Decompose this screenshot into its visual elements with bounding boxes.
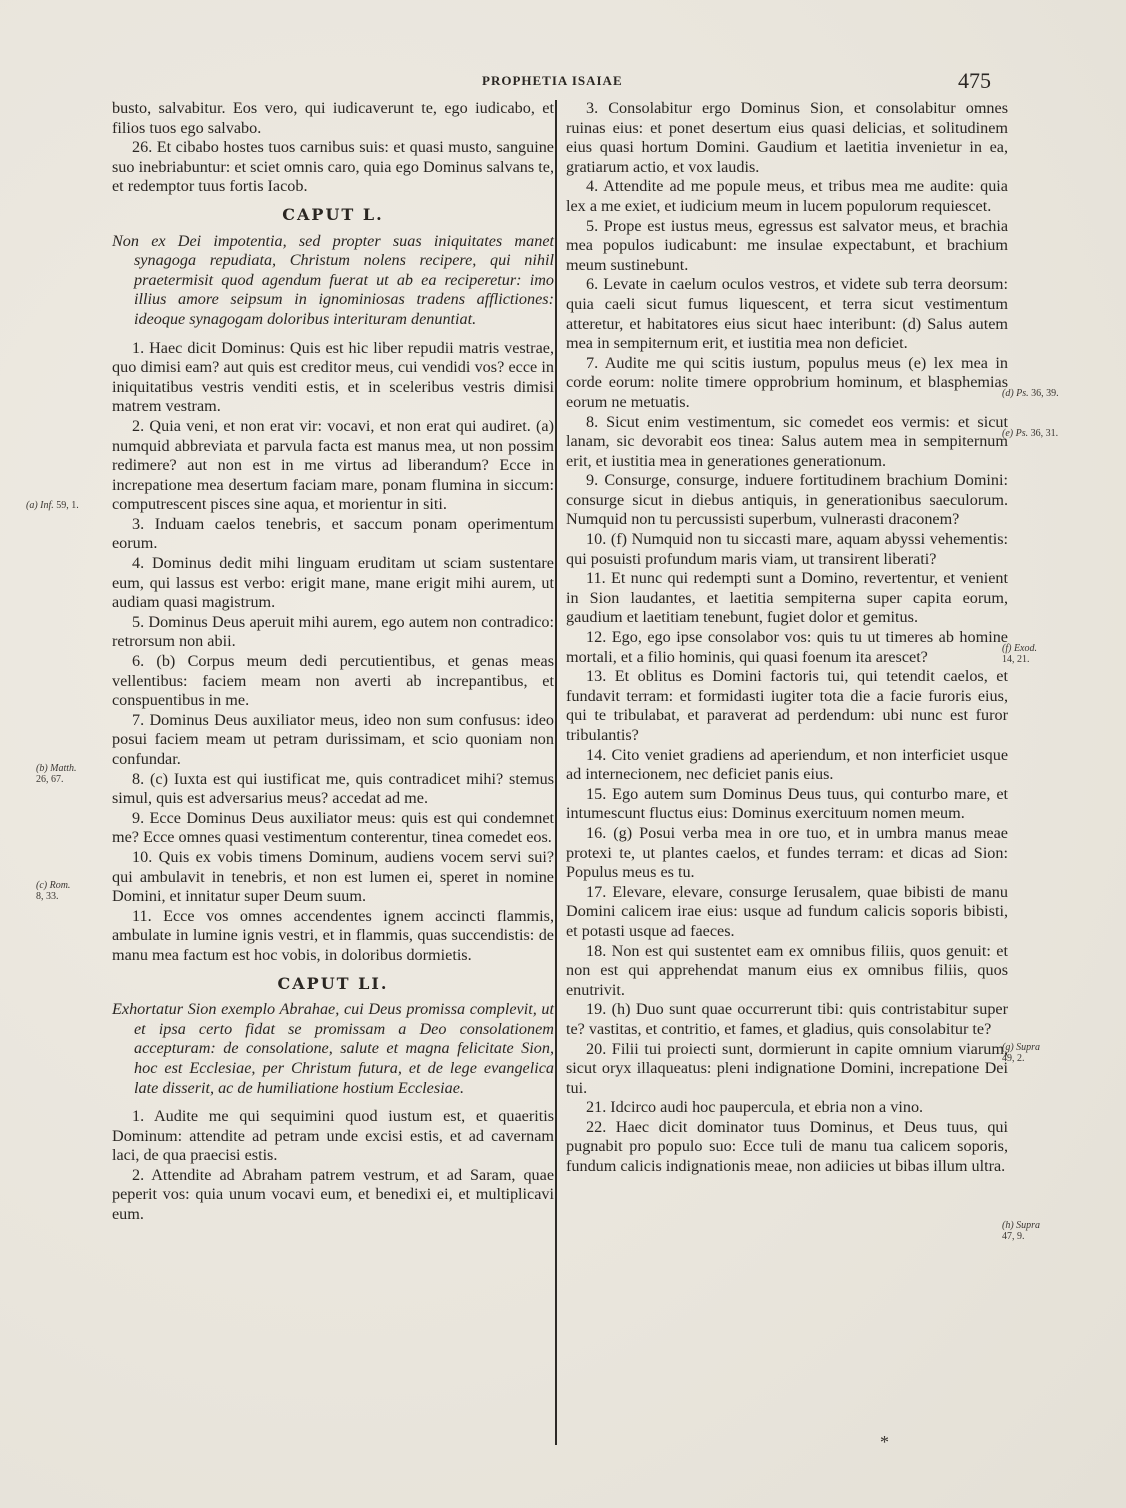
verse: 3. Induam caelos tenebris, et saccum pon…: [112, 515, 554, 554]
margin-note-ref: 36, 39.: [1031, 388, 1059, 399]
margin-note-label: (f) Exod.: [1002, 643, 1037, 654]
column-divider: [555, 100, 557, 1445]
verse: 10. (f) Numquid non tu siccasti mare, aq…: [566, 530, 1008, 569]
margin-note-ref: 8, 33.: [36, 891, 70, 902]
margin-note-d: (d) Ps. 36, 39.: [1002, 388, 1059, 399]
verse: 9. Ecce Dominus Deus auxiliator meus: qu…: [112, 809, 554, 848]
verse: 1. Haec dicit Dominus: Quis est hic libe…: [112, 339, 554, 417]
margin-note-label: (g) Supra: [1002, 1042, 1040, 1053]
verse: 6. Levate in caelum oculos vestros, et v…: [566, 275, 1008, 353]
verse: 8. (c) Iuxta est qui iustificat me, quis…: [112, 770, 554, 809]
running-title: PROPHETIA ISAIAE: [482, 73, 623, 89]
book-page: PROPHETIA ISAIAE 475 busto, salvabitur. …: [0, 0, 1126, 1508]
chapter-summary: Exhortatur Sion exemplo Abrahae, cui Deu…: [112, 1000, 554, 1098]
verse: 21. Idcirco audi hoc paupercula, et ebri…: [566, 1098, 1008, 1118]
continuation-paragraph: busto, salvabitur. Eos vero, qui iudicav…: [112, 99, 554, 138]
verse: 11. Ecce vos omnes accendentes ignem acc…: [112, 907, 554, 966]
margin-note-label: (c) Rom.: [36, 880, 70, 891]
verse: 3. Consolabitur ergo Dominus Sion, et co…: [566, 99, 1008, 177]
verse: 9. Consurge, consurge, induere fortitudi…: [566, 471, 1008, 530]
right-column: 3. Consolabitur ergo Dominus Sion, et co…: [566, 99, 1008, 1177]
verse: 4. Dominus dedit mihi linguam eruditam u…: [112, 554, 554, 613]
verse: 15. Ego autem sum Dominus Deus tuus, qui…: [566, 785, 1008, 824]
margin-note-c: (c) Rom. 8, 33.: [36, 880, 70, 902]
verse: 1. Audite me qui sequimini quod iustum e…: [112, 1107, 554, 1166]
verse: 20. Filii tui proiecti sunt, dormierunt …: [566, 1040, 1008, 1099]
margin-note-a: (a) Inf. 59, 1.: [26, 500, 79, 511]
verse: 11. Et nunc qui redempti sunt a Domino, …: [566, 569, 1008, 628]
verse: 26. Et cibabo hostes tuos carnibus suis:…: [112, 138, 554, 197]
chapter-summary: Non ex Dei impotentia, sed propter suas …: [112, 232, 554, 330]
margin-note-label: (a) Inf.: [26, 500, 54, 511]
verse: 10. Quis ex vobis timens Dominum, audien…: [112, 848, 554, 907]
verse: 14. Cito veniet gradiens ad aperiendum, …: [566, 746, 1008, 785]
chapter-heading: CAPUT L.: [112, 205, 554, 225]
margin-note-ref: 36, 31.: [1031, 428, 1059, 439]
verse: 17. Elevare, elevare, consurge Ierusalem…: [566, 883, 1008, 942]
margin-note-ref: 49, 2.: [1002, 1053, 1040, 1064]
verse: 22. Haec dicit dominator tuus Dominus, e…: [566, 1118, 1008, 1177]
margin-note-e: (e) Ps. 36, 31.: [1002, 428, 1058, 439]
margin-note-label: (b) Matth.: [36, 763, 77, 774]
page-number: 475: [958, 68, 991, 94]
chapter-heading: CAPUT LI.: [112, 974, 554, 994]
verse: 7. Audite me qui scitis iustum, populus …: [566, 354, 1008, 413]
verse: 6. (b) Corpus meum dedi percutientibus, …: [112, 652, 554, 711]
margin-note-h: (h) Supra 47, 9.: [1002, 1220, 1040, 1242]
verse: 12. Ego, ego ipse consolabor vos: quis t…: [566, 628, 1008, 667]
verse: 8. Sicut enim vestimentum, sic comedet e…: [566, 413, 1008, 472]
end-asterisk: *: [880, 1432, 889, 1453]
margin-note-label: (h) Supra: [1002, 1220, 1040, 1231]
margin-note-f: (f) Exod. 14, 21.: [1002, 643, 1037, 665]
verse: 5. Dominus Deus aperuit mihi aurem, ego …: [112, 613, 554, 652]
verse: 16. (g) Posui verba mea in ore tuo, et i…: [566, 824, 1008, 883]
verse: 2. Quia veni, et non erat vir: vocavi, e…: [112, 417, 554, 515]
margin-note-label: (e) Ps.: [1002, 428, 1028, 439]
margin-note-g: (g) Supra 49, 2.: [1002, 1042, 1040, 1064]
verse: 7. Dominus Deus auxiliator meus, ideo no…: [112, 711, 554, 770]
verse: 5. Prope est iustus meus, egressus est s…: [566, 217, 1008, 276]
margin-note-ref: 26, 67.: [36, 774, 77, 785]
verse: 19. (h) Duo sunt quae occurrerunt tibi: …: [566, 1000, 1008, 1039]
margin-note-ref: 47, 9.: [1002, 1231, 1040, 1242]
margin-note-ref: 59, 1.: [56, 500, 79, 511]
left-column: busto, salvabitur. Eos vero, qui iudicav…: [112, 99, 554, 1225]
verse: 4. Attendite ad me popule meus, et tribu…: [566, 177, 1008, 216]
verse: 13. Et oblitus es Domini factoris tui, q…: [566, 667, 1008, 745]
margin-note-label: (d) Ps.: [1002, 388, 1029, 399]
margin-note-ref: 14, 21.: [1002, 654, 1037, 665]
margin-note-b: (b) Matth. 26, 67.: [36, 763, 77, 785]
verse: 2. Attendite ad Abraham patrem vestrum, …: [112, 1166, 554, 1225]
verse: 18. Non est qui sustentet eam ex omnibus…: [566, 942, 1008, 1001]
